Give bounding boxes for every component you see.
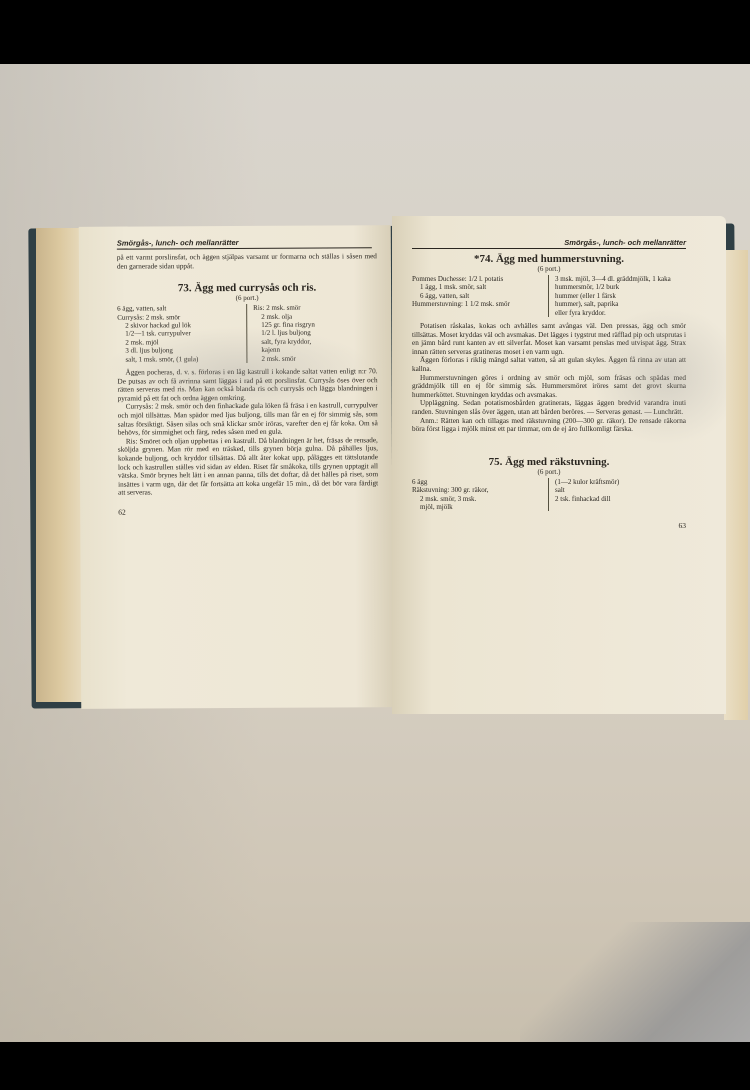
paragraph: Potatisen råskalas, kokas och avhälles s… [412,322,686,356]
right-page: Smörgås-, lunch- och mellanrätter *74. Ä… [392,216,726,714]
ingredient: Pommes Duchesse: 1/2 l. potatis [412,275,543,283]
paragraph: Uppläggning. Sedan potatismosbården grat… [412,399,686,416]
ingredient: 2 tsk. finhackad dill [555,495,686,503]
bottom-letterbox-bar [0,1042,750,1090]
left-page-edges [36,228,84,702]
ingredient: 1 ägg, 1 msk. smör, salt [412,283,543,291]
page-number: 63 [412,521,686,530]
right-page-edges [724,250,748,720]
page-number: 62 [118,506,378,516]
ingredient: Räkstuvning: 300 gr. räkor, [412,486,543,494]
paragraph: Currysås: 2 msk. smör och den finhackade… [118,402,378,438]
ingredient: 6 ägg [412,478,543,486]
left-page: Smörgås-, lunch- och mellanrätter på ett… [79,225,394,709]
ingredient: 2 msk. smör [253,354,377,363]
paragraph: Äggen pocheras, d. v. s. förloras i en l… [117,367,377,403]
running-head: Smörgås-, lunch- och mellanrätter [412,238,686,249]
ingredient: 6 ägg, vatten, salt [412,292,543,300]
ingredient: 3 msk. mjöl, 3—4 dl. gräddmjölk, 1 kaka [555,275,686,283]
ingredient: salt [555,486,686,494]
intro-text: på ett varmt porslinsfat, och äggen stjä… [117,252,377,271]
running-head: Smörgås-, lunch- och mellanrätter [117,237,372,249]
ingredient: salt, 1 msk. smör, (1 gula) [117,355,241,364]
ingredients-left-col: 6 ägg Räkstuvning: 300 gr. räkor, 2 msk.… [412,478,549,512]
ingredients-left-col: Pommes Duchesse: 1/2 l. potatis 1 ägg, 1… [412,275,549,317]
paragraph: Ris: Smöret och oljan upphettas i en kas… [118,436,378,498]
ingredient: mjöl, mjölk [412,503,543,511]
portions: (6 port.) [412,468,686,476]
top-letterbox-bar [0,0,750,64]
ingredients-right-col: (1—2 kulor kräftsmör) salt 2 tsk. finhac… [549,478,686,512]
ingredients-list: 6 ägg, vatten, salt Currysås: 2 msk. smö… [117,303,377,363]
ingredient: Hummerstuvning: 1 1/2 msk. smör [412,300,543,308]
ingredient: hummer (eller 1 färsk [555,292,686,300]
ingredient: hummersmör, 1/2 burk [555,283,686,291]
paragraph: Hummerstuvningen göres i ordning av smör… [412,374,686,400]
ingredient: hummer), salt, paprika [555,300,686,308]
ingredients-right-col: Ris: 2 msk. smör 2 msk. olja 125 gr. fin… [247,303,377,363]
ingredients-list: Pommes Duchesse: 1/2 l. potatis 1 ägg, 1… [412,275,686,317]
ingredients-right-col: 3 msk. mjöl, 3—4 dl. gräddmjölk, 1 kaka … [549,275,686,317]
ingredient: 2 msk. smör, 3 msk. [412,495,543,503]
ingredients-list: 6 ägg Räkstuvning: 300 gr. räkor, 2 msk.… [412,478,686,512]
portions: (6 port.) [117,293,377,302]
paragraph: Äggen förloras i riklig mängd saltat vat… [412,356,686,373]
portions: (6 port.) [412,265,686,273]
recipe-title: 75. Ägg med räkstuvning. [412,456,686,468]
paragraph: Anm.: Rätten kan och tillagas med räkstu… [412,417,686,434]
recipe-title: *74. Ägg med hummerstuvning. [412,253,686,265]
ingredients-left-col: 6 ägg, vatten, salt Currysås: 2 msk. smö… [117,304,247,364]
ingredient: eller fyra kryddor. [555,309,686,317]
ingredient: (1—2 kulor kräftsmör) [555,478,686,486]
